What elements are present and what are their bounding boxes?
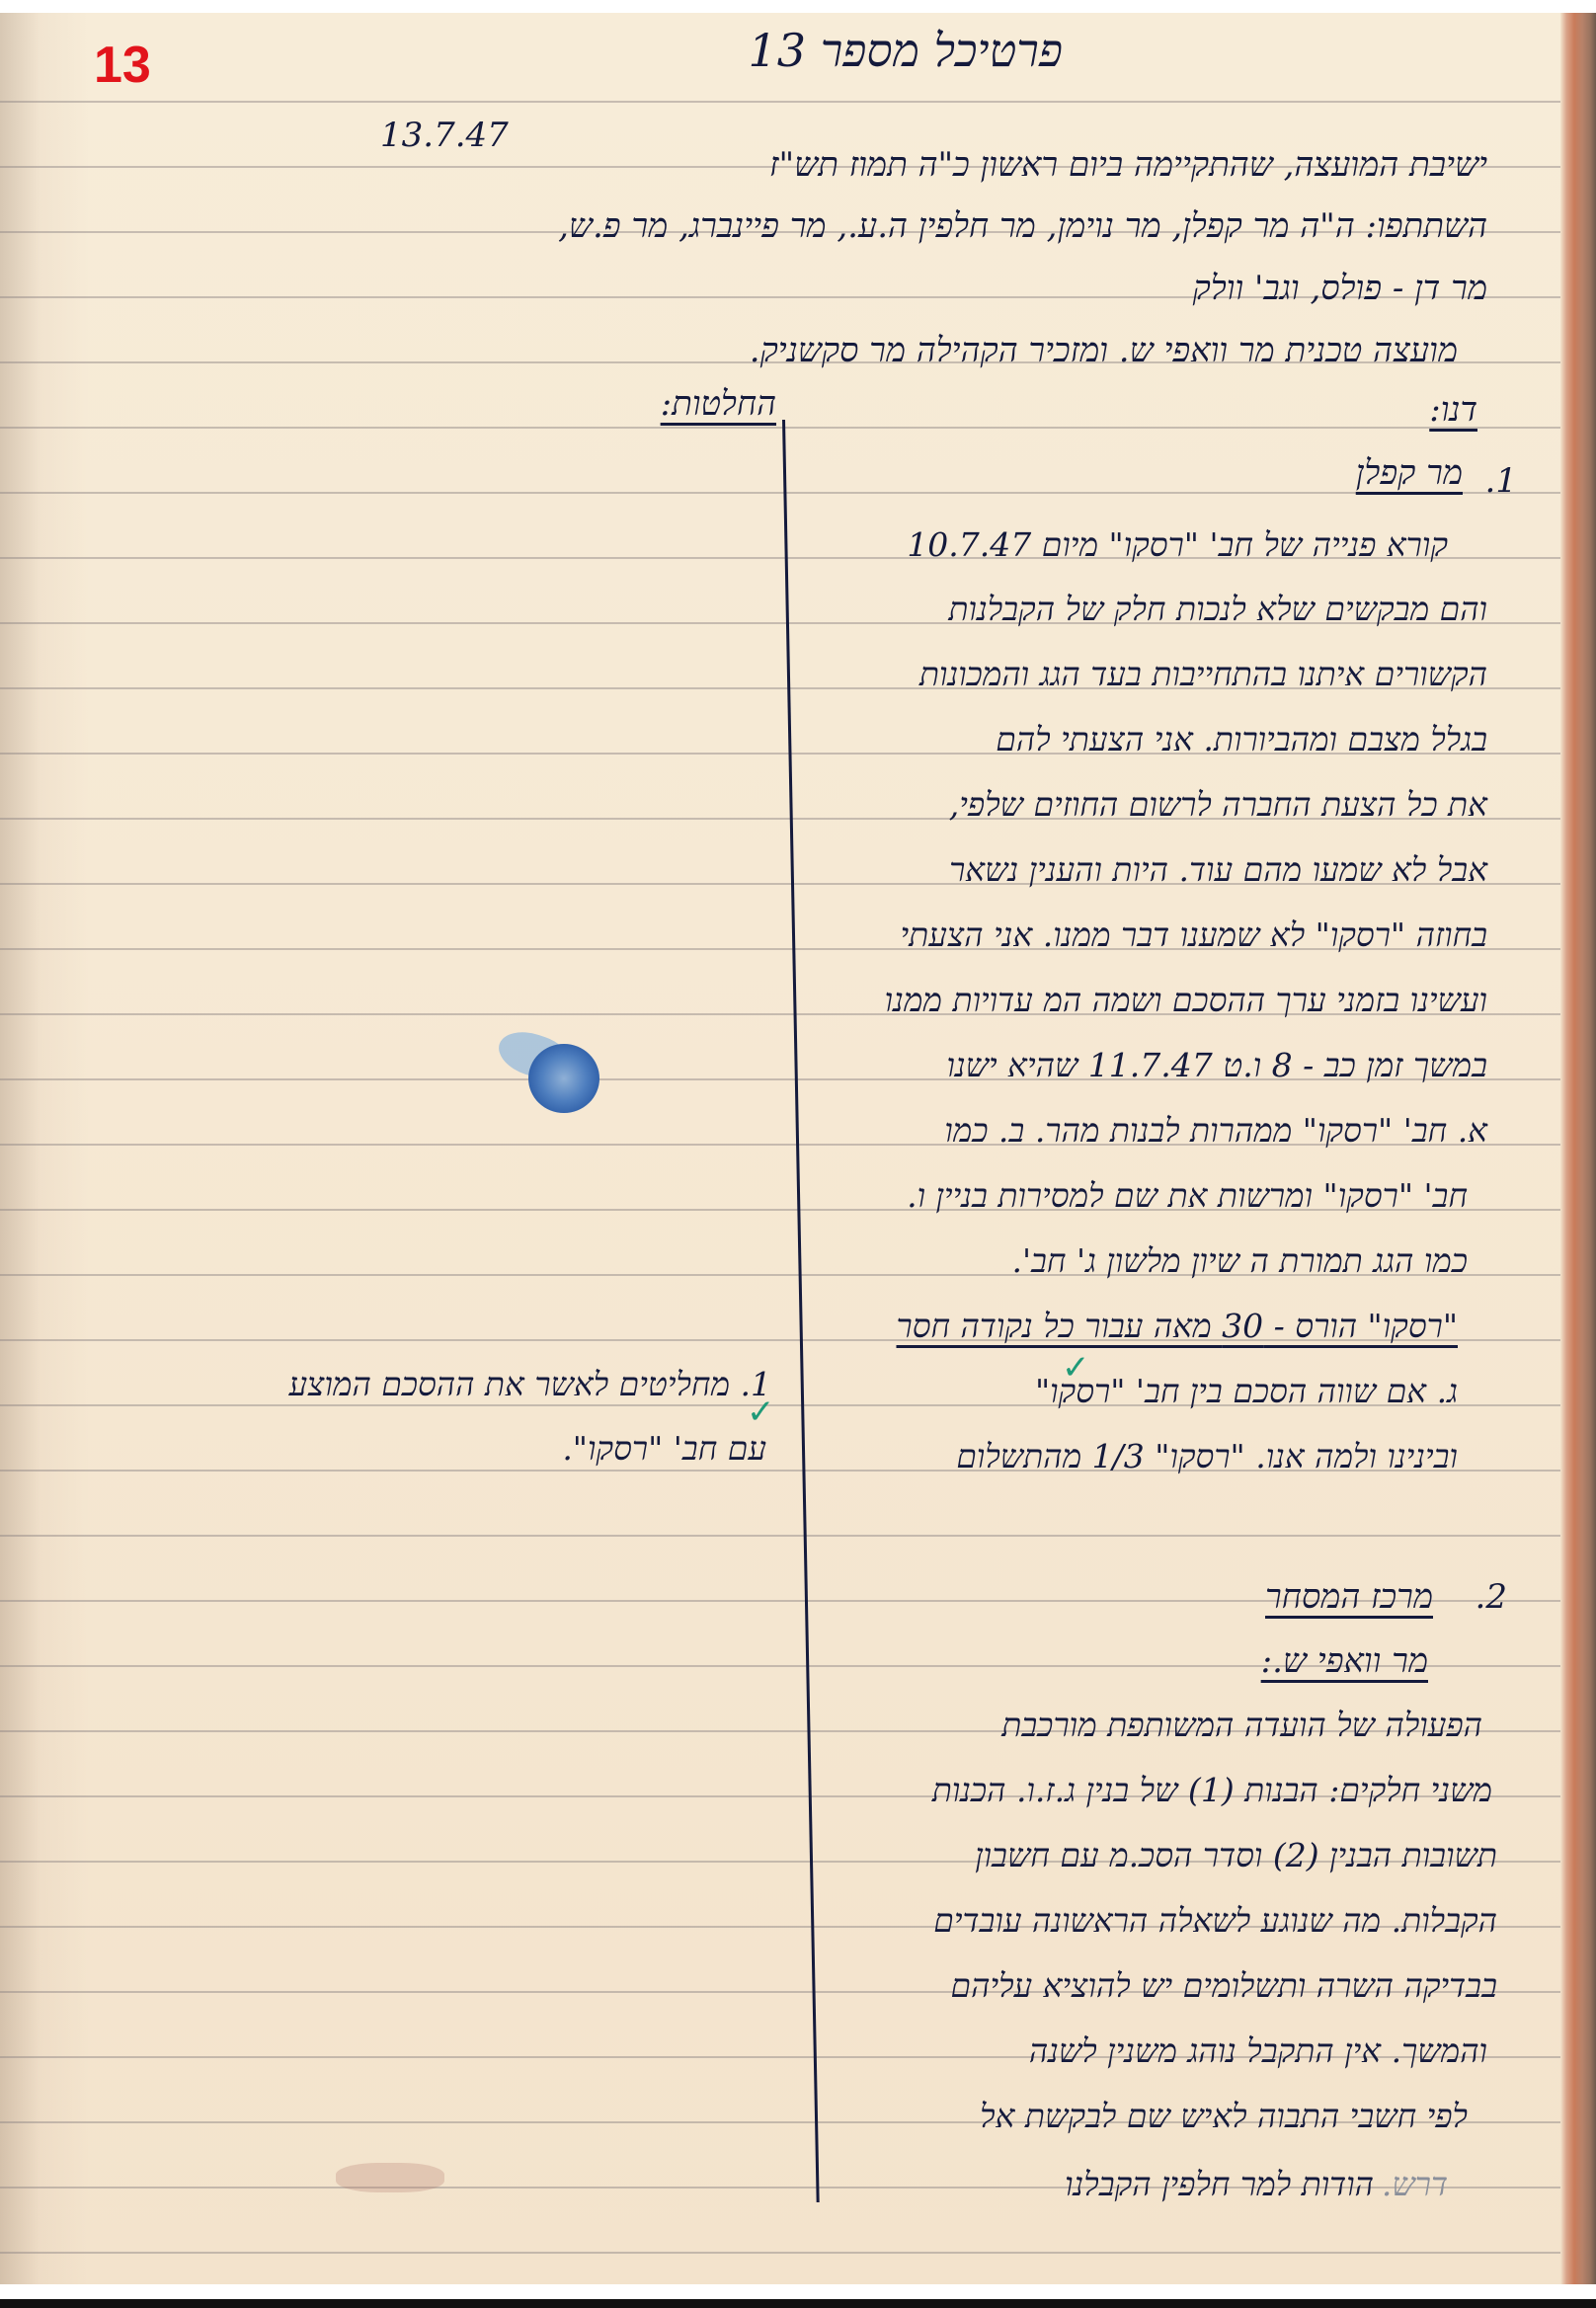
item-1-line: כמו הגג תמורת ה שיון מלשון ג' חב'.	[1011, 1244, 1468, 1277]
meeting-date: 13.7.47	[380, 119, 509, 152]
item-1-line: במשך זמן כב - 8 ו.ט 11.7.47 שהיא ישנו	[946, 1049, 1487, 1081]
item-1-line: את כל הצעת החברה לרשום החוזים שלפי,	[949, 788, 1487, 821]
item-2-line: הקבלות. מה שנוגע לשאלה הראשונה עובדים	[933, 1904, 1497, 1937]
page-title: פרטיכל מספר 13	[749, 28, 1063, 73]
paper-stain	[336, 2163, 444, 2192]
item-2-line: לפי חשבי התבוה לאיש שם לבקשת אל	[980, 2100, 1468, 2132]
item-1-line: והם מבקשים שלא לנכות חלק של הקבלנות	[948, 593, 1487, 625]
item-1-line: ובינינו ולמה אנו. "רסקו" 1/3 מהתשלום	[956, 1440, 1458, 1472]
item-1-line: בגלל מצבם ומהביורות. אני הצעתי להם	[996, 723, 1487, 756]
item-1-line: הקשורים איתנו בהתחייבות בעד הגג והמכונות	[919, 658, 1487, 690]
item-2-line: הפעולה של הועדה המשותפת מורכבת	[1001, 1709, 1482, 1741]
pencil-margin-note: דרש.	[1382, 2168, 1448, 2200]
check-mark-icon: ✓	[747, 1393, 775, 1432]
ruled-line	[0, 427, 1560, 429]
header-line-4-staff: מועצה טכנית מר וואפי ש. ומזכיר הקהילה מר…	[750, 334, 1458, 367]
ruled-line	[0, 492, 1560, 494]
item-1-line: ג. אם שווה הסכם בין חב' "רסקו"	[1035, 1375, 1458, 1407]
item-2-topic: מרכז המסחר	[1265, 1580, 1433, 1614]
item-2-speaker: מר וואפי ש.:	[1261, 1644, 1428, 1678]
ruled-line	[0, 2252, 1560, 2254]
discussed-heading: דנו:	[1429, 393, 1477, 427]
item-1-line-underlined: "רסקו" הורס - 30 מאה עבור כל נקודה חסר	[897, 1310, 1459, 1342]
item-1-line: חב' "רסקו" ומרשות את שם למסירות בניין ו.	[907, 1179, 1468, 1212]
ruled-line	[0, 1535, 1560, 1537]
item-2-line: הודות למר חלפין הקבלנו	[1065, 2168, 1374, 2200]
item-1-line: א. חב' "רסקו" ממהרות לבנות מהר. ב. כמו	[944, 1114, 1487, 1147]
item-1-number: 1.	[1485, 464, 1517, 498]
header-line-2-attendees: השתתפו: ה"ה מר קפלן, מר נוימן, מר חלפין …	[558, 209, 1487, 243]
item-2-number: 2.	[1476, 1580, 1507, 1614]
header-line-3-attendees: מר דן - פולס, וגב' וולק	[1193, 272, 1487, 305]
item-2-line: תשובות הבנין (2) וסדר הסכ.מ עם חשבון	[975, 1839, 1497, 1871]
ink-blot	[528, 1044, 599, 1113]
check-mark-icon: ✓	[1062, 1348, 1090, 1388]
item-1-speaker: מר קפלן	[1356, 456, 1463, 490]
header-line-1: ישיבת המועצה, שהתקיימה ביום ראשון כ"ה תמ…	[769, 148, 1487, 182]
decision-1-line-2: עם חב' "רסקו".	[562, 1432, 766, 1465]
item-1-line: בחוזה "רסקו" לא שמענו דבר ממנו. אני הצעת…	[901, 918, 1488, 951]
page-bottom-edge	[0, 2299, 1596, 2308]
decision-1-line-1: 1. מחליטים לאשר את ההסכם המוצע	[288, 1368, 771, 1400]
decisions-heading: החלטות:	[661, 387, 776, 421]
item-2-line: בבדיקה השרה ותשלומים יש להוציא עליהם	[951, 1969, 1497, 2002]
item-1-line: אבל לא שמעו מהם עוד. היות והענין נשאר	[949, 853, 1487, 886]
item-1-line: קורא פנייה של חב' "רסקו" מיום 10.7.47	[907, 528, 1448, 561]
item-1-line: ועשינו בזמני ערך ההסכם ושמה המ עדויות ממ…	[885, 984, 1487, 1016]
item-2-line: והמשך. אין התקבל נוהג משנין לשנה	[1029, 2034, 1487, 2067]
page-number: 13	[94, 40, 151, 91]
ruled-line	[0, 101, 1560, 103]
item-2-line: משני חלקים: הבנות (1) של בנין ג.ז.ו. הכנ…	[932, 1774, 1492, 1806]
notebook-binding	[1560, 13, 1596, 2284]
